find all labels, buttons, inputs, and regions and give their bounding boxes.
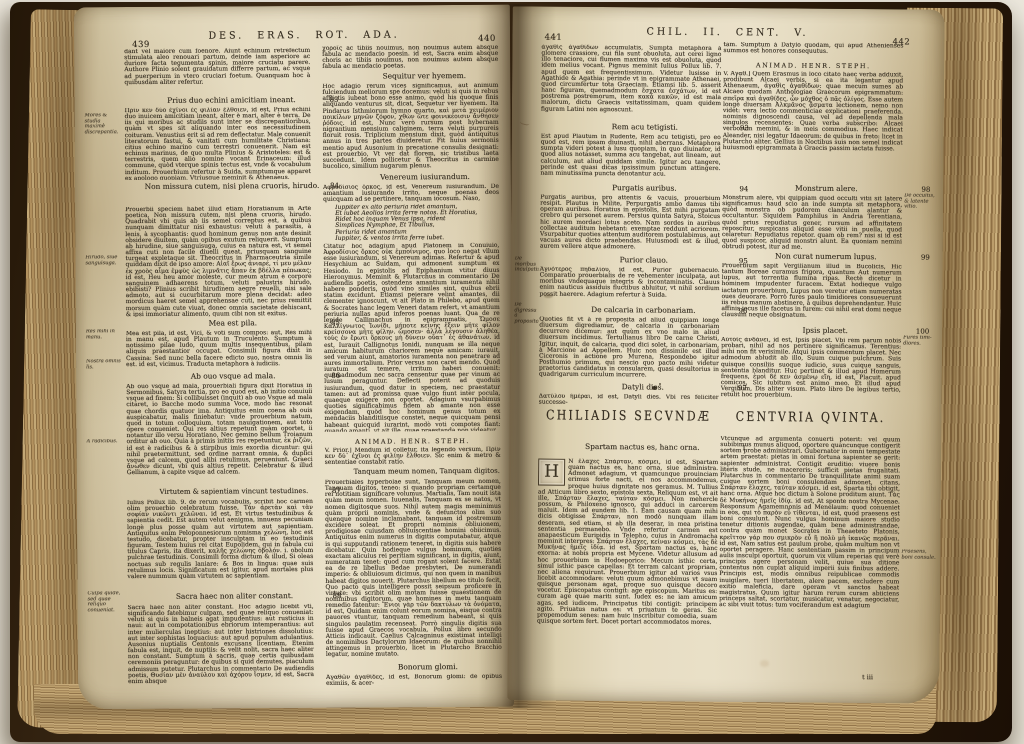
adage-heading: De calcaria in carbonariam. 96 (539, 306, 747, 316)
adage-title: Non curat numerum lupus. (775, 251, 877, 261)
adage-body: Quoties fit vt à re proposita ad aliud q… (539, 317, 719, 382)
margin-note: A radicibus. (86, 439, 121, 452)
chiliad-section-heading: CHILIADIS SECVNDÆ (538, 407, 718, 424)
foxing-spot (198, 640, 210, 649)
margin-note: Mores & studia maximè discrepantia. (85, 113, 120, 139)
adage-title: De calcaria in carbonariam. (591, 305, 695, 315)
adage-heading: Prius duo echini amicitiam ineant. 83 (124, 96, 338, 106)
adage-body: Ἁγνότερος πηδαλίου, id est, Purior guber… (539, 267, 719, 305)
adage-body: Ab ouo vsque ad mala, prouerbiali figura… (126, 383, 313, 485)
adage-title: Ipsis placet. (803, 326, 848, 335)
adage-body: Πρὶν κεν δύο ἐχῖνοι ἐς φιλίαν ἔλθοιεν, i… (124, 107, 310, 180)
adage-heading: Ab ouo vsque ad mala. 86 (126, 372, 340, 382)
adage-heading: Venereum iusiurandum. 90 (323, 173, 514, 182)
right-page: 441 CHIL. II. CENT. V. 442 ἀγαθὶς ἀγαθίδ… (507, 6, 944, 703)
adage-title: Monstrum alere. (795, 184, 858, 193)
adage-body: Iulius Pollux lib. 9. de rerum vocabulis… (127, 499, 314, 588)
adage-heading: Datyli dies. 97 (539, 383, 747, 393)
adage-heading: Non curat numerum lupus. 99 (722, 252, 930, 262)
adage-heading: Monstrum alere. 98 (722, 184, 930, 194)
adage-heading: Bonorum glomi. 92 (326, 663, 514, 672)
adage-title: Ab ouo vsque ad mala. (191, 371, 276, 381)
running-title-right: CHIL. II. CENT. V. (582, 26, 872, 40)
adage-title: Spartam nactus es, hanc orna. (585, 442, 699, 452)
adage-body: Est apud Plautum in Rudente, Rem acu tet… (540, 134, 720, 183)
running-title-left: DES. ERAS. ROT. ADA. (134, 29, 474, 43)
margin-note: Nostra omnis lis. (86, 359, 121, 372)
animadversiones-heading: ANIMAD. HENR. STEPH. (723, 61, 903, 70)
adage-body: Sacra haec non aliter constant. Hoc adag… (128, 604, 315, 693)
margin-note: Praesens, boni consule. (901, 549, 937, 567)
adage-title: Sequitur ver hyemem. (383, 71, 466, 81)
adage-heading: Ipsis placet. 100 (721, 326, 929, 336)
adage-body: Prouerbium sapit Vergilianum illud in Bu… (721, 263, 901, 325)
adage-title: Prius duo echini amicitiam ineant. (167, 95, 296, 105)
adage-title: Bonorum glomi. (398, 662, 458, 671)
adage-body: Citatur hoc adagium apud Platonem in Con… (323, 243, 500, 432)
column-text: tam. Sumptum à Datylo quodam, qui apud A… (723, 42, 903, 60)
verse-quotation: Iuppiter ex alto periuria ridet amantum,… (323, 204, 511, 243)
adage-body-with-initial: HΝ ἔλαχες Σπάρταν, κόσμει, id est, Spart… (536, 459, 718, 694)
adage-title: Venereum iusiurandum. (380, 172, 470, 182)
adage-title: Non missura cutem, nisi plena cruoris, h… (145, 181, 320, 191)
adage-body: Purgatis auribus, pro attentis & vacuis,… (540, 195, 720, 254)
adage-body: Prouerbii speciem habet illud etiam Hora… (125, 206, 312, 317)
animadversiones-note: V. Ἀγαθ.] Quem Erasmus in loco citato ha… (722, 71, 903, 182)
animadversiones-heading: ANIMAD. HENR. STEPH. (324, 437, 500, 446)
column-text: dant vel maiore cum foenore. Aiunt echin… (124, 48, 310, 95)
adage-title: Virtutem & sapientiam vincunt testudines… (159, 487, 308, 496)
adage-title: Datyli dies. (622, 382, 664, 391)
adage-heading: Mea est pila. 85 (126, 319, 340, 329)
adage-title: Rem acu tetigisti. (612, 122, 678, 132)
column-text: χοροῖς ac tibiis nouimus, non nouimus au… (322, 45, 498, 71)
foxing-spot (430, 118, 437, 124)
book-photo: { "palette":{ "background":"#f1ede4","co… (0, 0, 1024, 744)
margin-note: De occultis, & latente vitio. (904, 193, 940, 217)
adage-heading: Virtutem & sapientiam vincunt testudines… (127, 487, 341, 497)
margin-note: Res mihi in manu. (86, 329, 121, 342)
adage-title: Mea est pila. (209, 318, 257, 327)
gathering-signature: t iii (837, 673, 897, 681)
adage-heading: Sacra haec non aliter constant. 88 (127, 592, 341, 602)
adage-heading: Rem acu tetigisti. 93 (541, 123, 749, 133)
decorated-initial: H (538, 459, 565, 486)
ink-speck (659, 383, 661, 385)
adage-heading: Purior clauo. 95 (540, 256, 748, 266)
centuria-section-heading: CENTVRIA QVINTA. (720, 409, 900, 426)
margin-note: Fures timi- diores. (903, 335, 939, 353)
adage-heading: Sequitur ver hyemem. 89 (322, 72, 514, 81)
adage-heading: Spartam nactus es, hanc orna. 1 (538, 443, 746, 453)
foxing-spot (760, 660, 769, 667)
adage-heading: Purgatis auribus. 94 (540, 184, 748, 194)
adage-heading: Tanquam meum nomen, Tanquam digitos. 91 (325, 467, 514, 476)
adage-body: Ἀφροδίσιος ὅρκος, id est, Venereum iusiu… (323, 184, 499, 204)
smudge (544, 294, 553, 298)
adage-body: Αὐτοῖς ἁνδάνει, id est, Ipsis placet. Vb… (721, 337, 902, 404)
left-page: 439 DES. ERAS. ROT. ADA. 440 dant vel ma… (74, 5, 514, 710)
adage-title: Tanquam meum nomen, Tanquam digitos. (354, 467, 500, 476)
adage-title: Sacra haec non aliter constant. (176, 591, 293, 601)
adage-body: Hoc adagio rerum vices significamus, aut… (322, 83, 499, 172)
margin-note: De digressu à proposito. (514, 302, 538, 326)
margin-note: De moribus inculpatis. (515, 256, 539, 280)
adage-heading: Non missura cutem, nisi plena cruoris, h… (125, 182, 339, 203)
adage-body: Ἀγαθῶν ἀγαθίδες, id est, Bonorum glomi: … (326, 674, 502, 688)
adage-title: Purgatis auribus. (612, 183, 677, 193)
margin-note: Culpa quidē, sed quae reliquo conueniat. (87, 591, 122, 619)
ink-blot (652, 386, 657, 390)
adage-body: Prouerbiales hyperbolae sunt, Tanquam me… (325, 479, 502, 661)
column-text: Vtcunque ad argumenta conuerti poterit: … (719, 436, 901, 653)
adage-body: Δατύλου ἡμέραι, id est, Datyli dies. Vbi… (539, 394, 719, 408)
column-text: ἀγαθὶς ἀγαθίδων accumulatis, Sumpta meta… (541, 45, 722, 120)
adage-number: 99 (921, 254, 930, 262)
animadversiones-note: V. Prior.] Mendum id colletur, ita legen… (325, 447, 501, 466)
adage-body: Monstrum alere, vbi quippiam quod occult… (722, 195, 902, 251)
adage-body: Mea est pila, id est, Vici, & voti sum c… (126, 330, 312, 370)
page-number-440: 440 (478, 34, 496, 44)
adage-title: Purior clauo. (620, 255, 668, 264)
margin-note: Hirudo, siue sanguisuga. (85, 255, 120, 273)
